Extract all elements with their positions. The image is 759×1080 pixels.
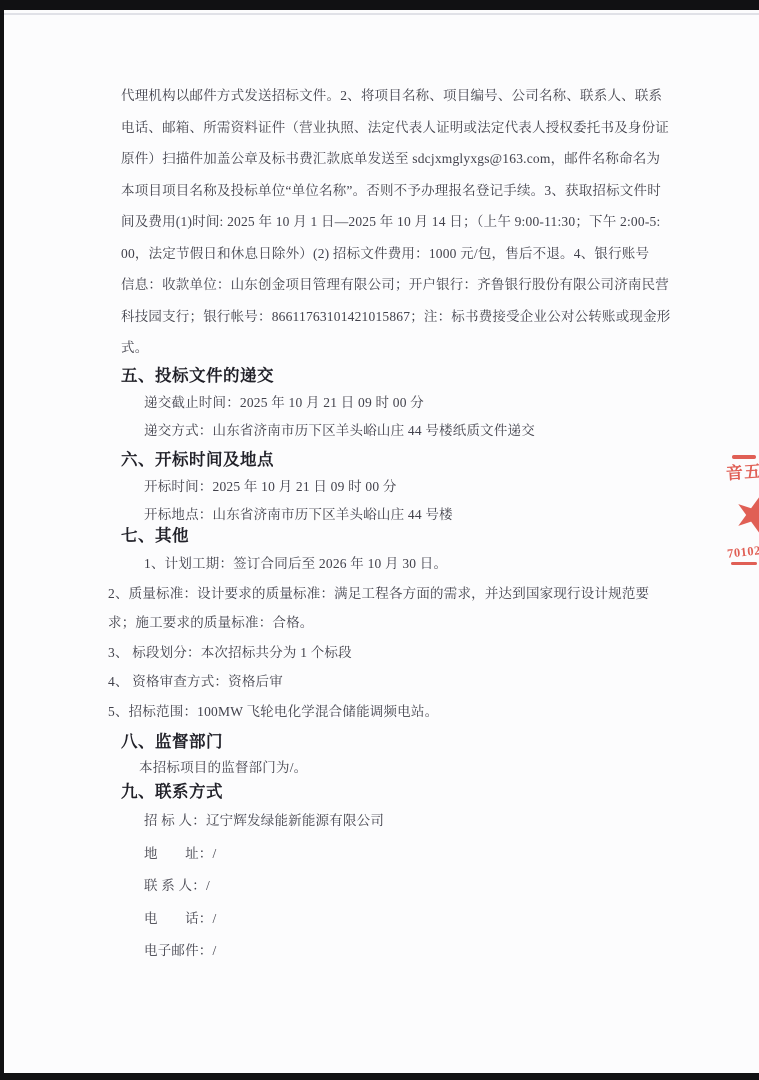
other-item-quality-line2: 求；施工要求的质量标准：合格。 [108, 608, 666, 638]
paragraph-line: 本项目项目名称及投标单位“单位名称”。否则不予办理报名登记手续。3、获取招标文件… [121, 175, 666, 207]
seal-characters: 音五 [724, 462, 759, 485]
paragraph-line: 间及费用(1)时间: 2025 年 10 月 1 日—2025 年 10 月 1… [121, 206, 666, 238]
section-heading-other: 七、其他 [121, 522, 666, 549]
submission-method: 递交方式：山东省济南市历下区羊头峪山庄 44 号楼纸质文件递交 [121, 417, 666, 445]
seal-border-fragment [731, 562, 757, 565]
paragraph-line: 00，法定节假日和休息日除外）(2) 招标文件费用：1000 元/包，售后不退。… [121, 238, 666, 270]
paragraph-line: 代理机构以邮件方式发送招标文件。2、将项目名称、项目编号、公司名称、联系人、联系 [121, 80, 666, 112]
section-other: 七、其他 1、计划工期：签订合同后至 2026 年 10 月 30 日。 2、质… [121, 522, 666, 726]
document-page: 代理机构以邮件方式发送招标文件。2、将项目名称、项目编号、公司名称、联系人、联系… [4, 10, 759, 1073]
paragraph-line: 原件）扫描件加盖公章及标书费汇款底单发送至 sdcjxmglyxgs@163.c… [121, 143, 666, 175]
continuation-paragraph: 代理机构以邮件方式发送招标文件。2、将项目名称、项目编号、公司名称、联系人、联系… [121, 80, 666, 364]
other-item-lots: 3、 标段划分：本次招标共分为 1 个标段 [108, 638, 666, 668]
section-submission: 五、投标文件的递交 递交截止时间：2025 年 10 月 21 日 09 时 0… [121, 362, 666, 445]
contact-bidder: 招 标 人：辽宁辉发绿能新能源有限公司 [121, 805, 666, 838]
section-contact: 九、联系方式 招 标 人：辽宁辉发绿能新能源有限公司 地 址：/ 联 系 人：/… [121, 778, 666, 968]
seal-star-icon: ★ [727, 487, 759, 538]
section-heading-contact: 九、联系方式 [121, 778, 666, 805]
seal-number: 70102 [724, 543, 759, 561]
contact-phone: 电 话：/ [121, 903, 666, 936]
paragraph-line: 信息：收款单位：山东创金项目管理有限公司；开户银行：齐鲁银行股份有限公司济南民营 [121, 269, 666, 301]
section-heading-bid-opening: 六、开标时间及地点 [121, 446, 666, 473]
red-seal-stamp: 音五 ★ 70102 [725, 455, 759, 569]
paragraph-line: 式。 [121, 332, 666, 364]
other-item-scope: 5、招标范围：100MW 飞轮电化学混合储能调频电站。 [108, 697, 666, 727]
other-item-qualification: 4、 资格审查方式：资格后审 [108, 667, 666, 697]
seal-border-fragment [732, 455, 756, 459]
contact-address: 地 址：/ [121, 838, 666, 871]
page-edge-shadow [4, 13, 759, 15]
section-heading-supervision: 八、监督部门 [121, 728, 666, 755]
section-supervision: 八、监督部门 本招标项目的监督部门为/。 [121, 728, 666, 781]
section-bid-opening: 六、开标时间及地点 开标时间：2025 年 10 月 21 日 09 时 00 … [121, 446, 666, 529]
paragraph-line: 科技园支行；银行帐号：86611763101421015867；注：标书费接受企… [121, 301, 666, 333]
submission-deadline: 递交截止时间：2025 年 10 月 21 日 09 时 00 分 [121, 389, 666, 417]
paragraph-line: 电话、邮箱、所需资料证件（营业执照、法定代表人证明或法定代表人授权委托书及身份证 [121, 112, 666, 144]
contact-email: 电子邮件：/ [121, 935, 666, 968]
section-heading-submission: 五、投标文件的递交 [121, 362, 666, 389]
bid-opening-time: 开标时间：2025 年 10 月 21 日 09 时 00 分 [121, 473, 666, 501]
other-item-quality-line1: 2、质量标准：设计要求的质量标准：满足工程各方面的需求，并达到国家现行设计规范要 [108, 579, 666, 609]
other-item-schedule: 1、计划工期：签订合同后至 2026 年 10 月 30 日。 [121, 549, 666, 579]
contact-person: 联 系 人：/ [121, 870, 666, 903]
